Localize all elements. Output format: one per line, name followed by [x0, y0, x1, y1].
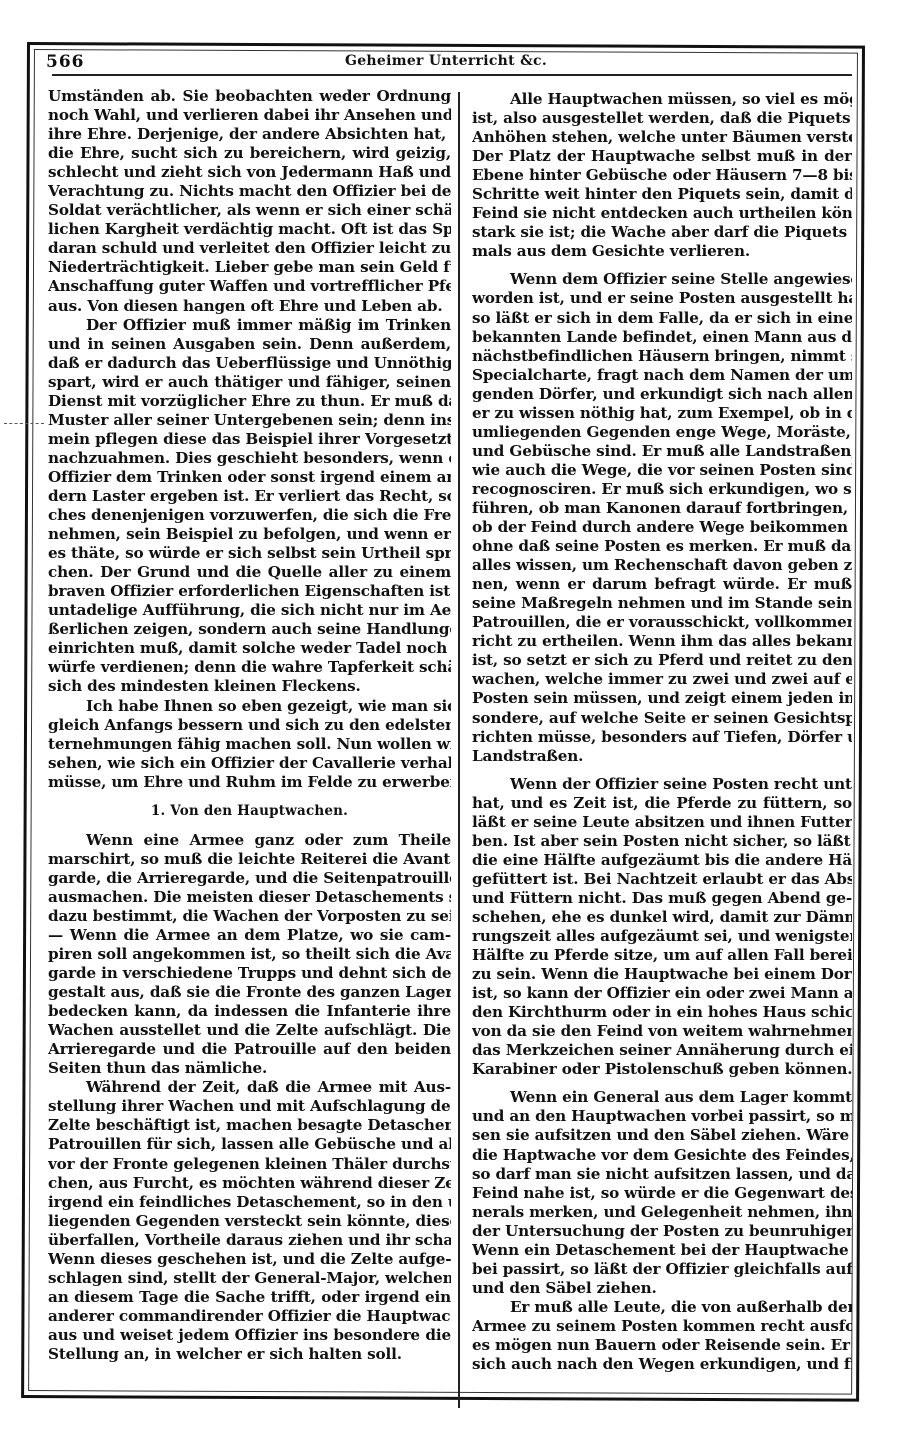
text-line: gefüttert ist. Bei Nachtzeit erlaubt er …: [472, 870, 852, 889]
text-line: ohne daß seine Posten es merken. Er muß …: [472, 537, 852, 556]
text-line: das Merkzeichen seiner Annäherung durch …: [472, 1041, 852, 1060]
text-line: Arrieregarde und die Patrouille auf den …: [48, 1040, 451, 1059]
text-line: dazu bestimmt, die Wachen der Vorposten …: [48, 907, 451, 926]
text-line: stark sie ist; die Wache aber darf die P…: [472, 223, 852, 242]
paragraph: Ich habe Ihnen so eben gezeigt, wie man …: [48, 697, 451, 792]
page-header: 566 Geheimer Unterricht &c.: [46, 52, 846, 70]
text-line: und in seinen Ausgaben sein. Denn außerd…: [48, 335, 451, 354]
text-line: chen. Der Grund und die Quelle aller zu …: [48, 563, 451, 582]
column-divider: [458, 92, 460, 1408]
text-line: die eine Hälfte aufgezäumt bis die ander…: [472, 851, 852, 870]
text-line: Landstraßen.: [472, 747, 852, 766]
text-line: daran schuld und verleitet den Offizier …: [48, 239, 451, 258]
running-title: Geheimer Unterricht &c.: [46, 53, 846, 69]
text-line: einrichten muß, damit solche weder Tadel…: [48, 639, 451, 658]
text-line: richt zu ertheilen. Wenn ihm das alles b…: [472, 632, 852, 651]
text-line: Umständen ab. Sie beobachten weder Ordnu…: [48, 87, 451, 106]
text-line: bedecken kann, da indessen die Infanteri…: [48, 1002, 451, 1021]
text-line: daß er dadurch das Ueberflüssige und Unn…: [48, 354, 451, 373]
text-line: braven Offizier erforderlichen Eigenscha…: [48, 582, 451, 601]
text-line: so darf man sie nicht aufsitzen lassen, …: [472, 1165, 852, 1184]
text-line: Alle Hauptwachen müssen, so viel es mögl…: [472, 90, 852, 109]
text-line: mein pflegen diese das Beispiel ihrer Vo…: [48, 430, 451, 449]
text-line: überfallen, Vortheile daraus ziehen und …: [48, 1231, 451, 1250]
text-line: Specialcharte, fragt nach dem Namen der …: [472, 366, 852, 385]
text-line: irgend ein feindliches Detaschement, so …: [48, 1193, 451, 1212]
text-line: richten müsse, besonders auf Tiefen, Dör…: [472, 728, 852, 747]
text-line: an diesem Tage die Sache trifft, oder ir…: [48, 1288, 451, 1307]
text-line: so läßt er sich in dem Falle, da er sich…: [472, 309, 852, 328]
text-line: spart, wird er auch thätiger und fähiger…: [48, 373, 451, 392]
text-line: Patrouillen für sich, lassen alle Gebüsc…: [48, 1135, 451, 1154]
text-line: ben. Ist aber sein Posten nicht sicher, …: [472, 832, 852, 851]
text-line: nächstbefindlichen Häusern bringen, nimm…: [472, 347, 852, 366]
header-rule: [52, 74, 852, 76]
text-line: würfe verdienen; denn die wahre Tapferke…: [48, 658, 451, 677]
text-line: ist, also ausgestellet werden, daß die P…: [472, 109, 852, 128]
text-line: — Wenn die Armee an dem Platze, wo sie c…: [48, 926, 451, 945]
text-line: Wenn der Offizier seine Posten recht unt…: [472, 775, 852, 794]
text-line: umliegenden Gegenden enge Wege, Moräste,…: [472, 423, 852, 442]
paragraph: Wenn ein General aus dem Lager kommtund …: [472, 1088, 852, 1298]
text-line: Ebene hinter Gebüsche oder Häusern 7—8 b…: [472, 166, 852, 185]
text-line: rungszeit alles aufgezäumt sei, und weni…: [472, 927, 852, 946]
text-line: und an den Hauptwachen vorbei passirt, s…: [472, 1107, 852, 1126]
text-line: genden Dörfer, und erkundigt sich nach a…: [472, 385, 852, 404]
text-line: die Haptwache vor dem Gesichte des Feind…: [472, 1146, 852, 1165]
text-line: sich des mindesten kleinen Fleckens.: [48, 677, 451, 696]
text-line: es mögen nun Bauern oder Reisende sein. …: [472, 1336, 852, 1355]
text-line: aus. Von diesen hangen oft Ehre und Lebe…: [48, 297, 451, 316]
text-line: Wenn dieses geschehen ist, und die Zelte…: [48, 1250, 451, 1269]
text-line: Armee zu seinem Posten kommen recht ausf…: [472, 1317, 852, 1336]
text-line: anderer commandirender Offizier die Haup…: [48, 1307, 451, 1326]
text-line: wie auch die Wege, die vor seinen Posten…: [472, 461, 852, 480]
text-line: bekannten Lande befindet, einen Mann aus…: [472, 328, 852, 347]
text-line: marschirt, so muß die leichte Reiterei d…: [48, 850, 451, 869]
section-heading: 1. Von den Hauptwachen.: [48, 802, 451, 821]
text-line: ist, so kann der Offizier ein oder zwei …: [472, 984, 852, 1003]
text-line: Verachtung zu. Nichts macht den Offizier…: [48, 182, 451, 201]
text-line: lichen Kargheit verdächtig macht. Oft is…: [48, 220, 451, 239]
text-line: Zelte beschäftigt ist, machen besagte De…: [48, 1116, 451, 1135]
right-column: Alle Hauptwachen müssen, so viel es mögl…: [472, 90, 852, 1374]
text-line: die Ehre, sucht sich zu bereichern, wird…: [48, 144, 451, 163]
text-line: es thäte, so würde er sich selbst sein U…: [48, 544, 451, 563]
text-line: untadelige Aufführung, die sich nicht nu…: [48, 601, 451, 620]
text-line: Der Platz der Hauptwache selbst muß in d…: [472, 147, 852, 166]
paragraph: Wenn dem Offizier seine Stelle angewiese…: [472, 270, 852, 765]
text-line: Muster aller seiner Untergebenen sein; d…: [48, 411, 451, 430]
text-line: Schritte weit hinter den Piquets sein, d…: [472, 185, 852, 204]
paragraph: Der Offizier muß immer mäßig im Trinkenu…: [48, 316, 451, 697]
text-line: chen, aus Furcht, es möchten während die…: [48, 1174, 451, 1193]
paragraph: Alle Hauptwachen müssen, so viel es mögl…: [472, 90, 852, 261]
text-line: aus und weiset jedem Offizier ins besond…: [48, 1326, 451, 1345]
text-line: Der Offizier muß immer mäßig im Trinken: [48, 316, 451, 335]
text-line: seine Maßregeln nehmen und im Stande sei…: [472, 594, 852, 613]
text-line: gestalt aus, daß sie die Fronte des ganz…: [48, 983, 451, 1002]
text-line: ßerlichen zeigen, sondern auch seine Han…: [48, 620, 451, 639]
paragraph: Wenn eine Armee ganz oder zum Theilemars…: [48, 831, 451, 1079]
text-line: Karabiner oder Pistolenschuß geben könne…: [472, 1060, 852, 1079]
text-line: sehen, wie sich ein Offizier der Cavalle…: [48, 754, 451, 773]
text-line: nachzuahmen. Dies geschieht besonders, w…: [48, 449, 451, 468]
text-line: garde, die Arrieregarde, und die Seitenp…: [48, 869, 451, 888]
text-line: läßt er seine Leute absitzen und ihnen F…: [472, 813, 852, 832]
left-column: Umständen ab. Sie beobachten weder Ordnu…: [48, 87, 451, 1364]
text-line: ausmachen. Die meisten dieser Detascheme…: [48, 888, 451, 907]
text-line: und Füttern nicht. Das muß gegen Abend g…: [472, 889, 852, 908]
text-line: garde in verschiedene Trupps und dehnt s…: [48, 964, 451, 983]
paragraph: Wenn der Offizier seine Posten recht unt…: [472, 775, 852, 1080]
text-line: Offizier dem Trinken oder sonst irgend e…: [48, 468, 451, 487]
text-line: Niederträchtigkeit. Lieber gebe man sein…: [48, 258, 451, 277]
text-line: liegenden Gegenden versteckt sein könnte…: [48, 1212, 451, 1231]
text-line: piren soll angekommen ist, so theilt sic…: [48, 945, 451, 964]
text-line: Er muß alle Leute, die von außerhalb der: [472, 1298, 852, 1317]
text-line: Stellung an, in welcher er sich halten s…: [48, 1345, 451, 1364]
text-line: sich auch nach den Wegen erkundigen, und…: [472, 1355, 852, 1374]
text-line: Wachen ausstellet und die Zelte aufschlä…: [48, 1021, 451, 1040]
text-line: Hälfte zu Pferde sitze, um auf allen Fal…: [472, 946, 852, 965]
text-line: ihre Ehre. Derjenige, der andere Absicht…: [48, 125, 451, 144]
text-line: Wenn ein Detaschement bei der Hauptwache…: [472, 1241, 852, 1260]
text-line: schlagen sind, stellt der General-Major,…: [48, 1269, 451, 1288]
text-line: Wenn dem Offizier seine Stelle angewiese…: [472, 270, 852, 289]
text-line: Soldat verächtlicher, als wenn er sich e…: [48, 201, 451, 220]
paragraph: Umständen ab. Sie beobachten weder Ordnu…: [48, 87, 451, 316]
text-line: schehen, ehe es dunkel wird, damit zur D…: [472, 908, 852, 927]
text-line: nehmen, sein Beispiel zu befolgen, und w…: [48, 525, 451, 544]
text-line: Während der Zeit, daß die Armee mit Aus-: [48, 1078, 451, 1097]
text-line: der Untersuchung der Posten zu beunruhig…: [472, 1222, 852, 1241]
text-line: alles wissen, um Rechenschaft davon gebe…: [472, 556, 852, 575]
text-line: den Kirchthurm oder in ein hohes Haus sc…: [472, 1003, 852, 1022]
text-line: sondere, auf welche Seite er seinen Gesi…: [472, 709, 852, 728]
text-line: gleich Anfangs bessern und sich zu den e…: [48, 716, 451, 735]
text-line: mals aus dem Gesichte verlieren.: [472, 242, 852, 261]
paragraph: Während der Zeit, daß die Armee mit Aus-…: [48, 1078, 451, 1364]
text-line: zu sein. Wenn die Hauptwache bei einem D…: [472, 965, 852, 984]
text-line: Dienst mit vorzüglicher Ehre zu thun. Er…: [48, 392, 451, 411]
text-line: recognosciren. Er muß sich erkundigen, w…: [472, 480, 852, 499]
text-line: müsse, um Ehre und Ruhm im Felde zu erwe…: [48, 773, 451, 792]
text-line: schlecht und zieht sich von Jedermann Ha…: [48, 163, 451, 182]
text-line: ches denenjenigen vorzuwerfen, die sich …: [48, 506, 451, 525]
text-line: Feind sie nicht entdecken auch urtheilen…: [472, 204, 852, 223]
text-line: vor der Fronte gelegenen kleinen Thäler …: [48, 1155, 451, 1174]
text-line: Posten sein müssen, und zeigt einem jede…: [472, 689, 852, 708]
text-line: dern Laster ergeben ist. Er verliert das…: [48, 487, 451, 506]
text-line: nerals merken, und Gelegenheit nehmen, i…: [472, 1203, 852, 1222]
text-line: und den Säbel ziehen.: [472, 1279, 852, 1298]
text-line: Feind nahe ist, so würde er die Gegenwar…: [472, 1184, 852, 1203]
text-line: Ich habe Ihnen so eben gezeigt, wie man …: [48, 697, 451, 716]
paragraph: Er muß alle Leute, die von außerhalb der…: [472, 1298, 852, 1374]
text-line: ob der Feind durch andere Wege beikommen…: [472, 518, 852, 537]
text-line: Anhöhen stehen, welche unter Bäumen vers…: [472, 128, 852, 147]
text-line: ternehmungen fähig machen soll. Nun woll…: [48, 735, 451, 754]
text-line: hat, und es Zeit ist, die Pferde zu fütt…: [472, 794, 852, 813]
text-line: Anschaffung guter Waffen und vortrefflic…: [48, 277, 451, 296]
text-line: stellung ihrer Wachen und mit Aufschlagu…: [48, 1097, 451, 1116]
text-line: und Gebüsche sind. Er muß alle Landstraß…: [472, 442, 852, 461]
text-line: er zu wissen nöthig hat, zum Exempel, ob…: [472, 404, 852, 423]
text-line: wachen, welche immer zu zwei und zwei au…: [472, 670, 852, 689]
text-line: Wenn ein General aus dem Lager kommt: [472, 1088, 852, 1107]
margin-mark: [4, 423, 44, 424]
text-line: Wenn eine Armee ganz oder zum Theile: [48, 831, 451, 850]
text-line: von da sie den Feind von weitem wahrnehm…: [472, 1022, 852, 1041]
text-line: bei passirt, so läßt der Offizier gleich…: [472, 1260, 852, 1279]
text-line: Seiten thun das nämliche.: [48, 1059, 451, 1078]
text-line: Patrouillen, die er vorausschickt, vollk…: [472, 613, 852, 632]
text-line: führen, ob man Kanonen darauf fortbringe…: [472, 499, 852, 518]
text-line: noch Wahl, und verlieren dabei ihr Anseh…: [48, 106, 451, 125]
text-line: ist, so setzt er sich zu Pferd und reite…: [472, 651, 852, 670]
text-line: sen sie aufsitzen und den Säbel ziehen. …: [472, 1126, 852, 1145]
text-line: worden ist, und er seine Posten ausgeste…: [472, 289, 852, 308]
text-line: nen, wenn er darum befragt würde. Er muß: [472, 575, 852, 594]
